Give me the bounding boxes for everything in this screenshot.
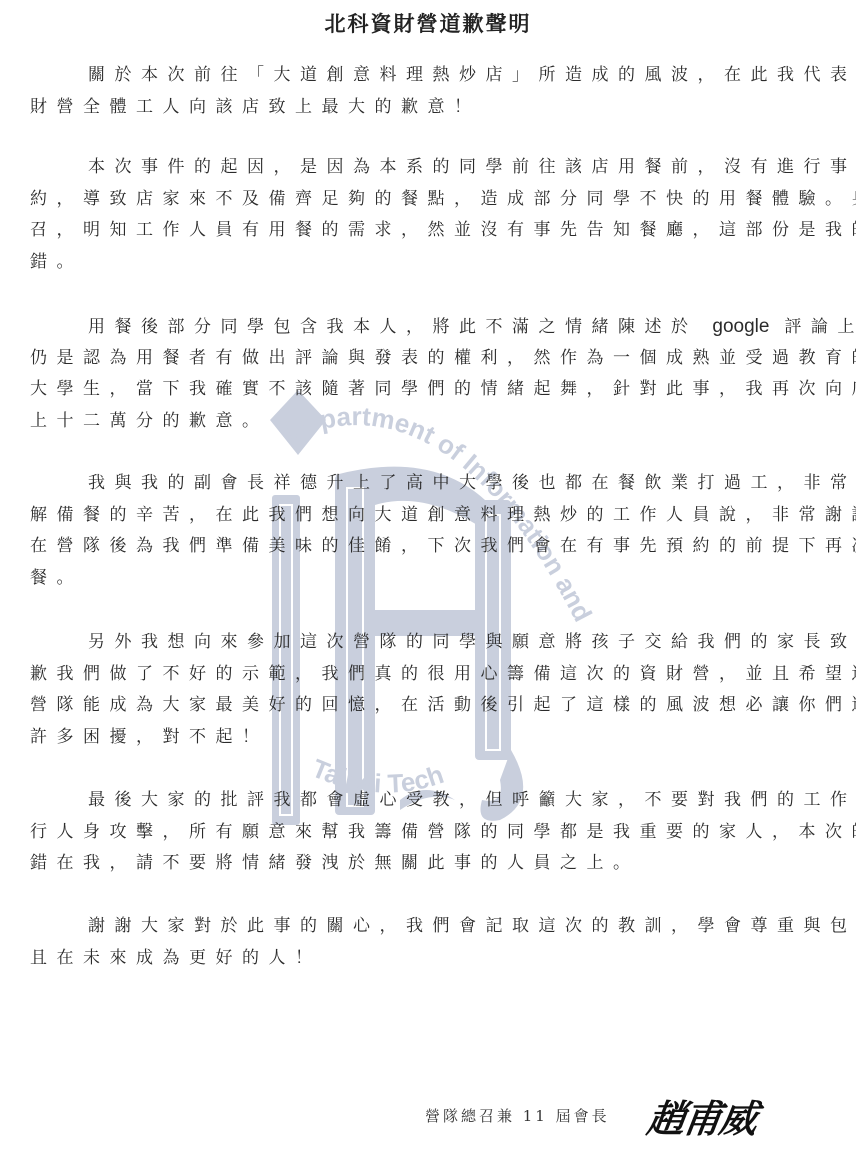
paragraph-line-text: 評論上，雖我 <box>784 317 856 337</box>
paragraph-line: 歉我們做了不好的示範，我們真的很用心籌備這次的資財營，並且希望這次的 <box>30 659 790 691</box>
paragraph-line: 謝謝大家對於此事的關心，我們會記取這次的教訓，學會尊重與包容，並 <box>30 911 790 943</box>
paragraph-line: 錯在我，請不要將情緒發洩於無關此事的人員之上。 <box>30 848 790 880</box>
paragraph-line: 關於本次前往「大道創意料理熱炒店」所造成的風波，在此我代表北科資 <box>30 60 790 92</box>
google-word: google <box>712 316 769 337</box>
paragraph-line-with-google: 用餐後部分同學包含我本人，將此不滿之情緒陳述於 google 評論上，雖我 <box>30 311 790 343</box>
paragraph-5: 另外我想向來參加這次營隊的同學與願意將孩子交給我們的家長致歉，抱 歉我們做了不好… <box>30 627 790 753</box>
signer-role: 營隊總召兼 11 屆會長 <box>425 1105 610 1126</box>
paragraph-line: 另外我想向來參加這次營隊的同學與願意將孩子交給我們的家長致歉，抱 <box>30 627 790 659</box>
paragraph-line: 最後大家的批評我都會虛心受教，但呼籲大家，不要對我們的工作人員進 <box>30 785 790 817</box>
paragraph-line: 錯。 <box>30 247 790 279</box>
paragraph-6: 最後大家的批評我都會虛心受教，但呼籲大家，不要對我們的工作人員進 行人身攻擊，所… <box>30 785 790 880</box>
paragraph-line: 我與我的副會長祥德升上了高中大學後也都在餐飲業打過工，非常能夠了 <box>30 468 790 500</box>
paragraph-1: 關於本次前往「大道創意料理熱炒店」所造成的風波，在此我代表北科資 財營全體工人向… <box>30 60 790 123</box>
paragraph-line: 營隊能成為大家最美好的回憶，在活動後引起了這樣的風波想必讓你們遭遇了 <box>30 690 790 722</box>
paragraph-line: 行人身攻擊，所有願意來幫我籌備營隊的同學都是我重要的家人，本次的事件 <box>30 817 790 849</box>
paragraph-7: 謝謝大家對於此事的關心，我們會記取這次的教訓，學會尊重與包容，並 且在未來成為更… <box>30 911 790 974</box>
paragraph-line: 約，導致店家來不及備齊足夠的餐點，造成部分同學不快的用餐體驗。身為總 <box>30 184 790 216</box>
paragraph-3: 用餐後部分同學包含我本人，將此不滿之情緒陳述於 google 評論上，雖我 仍是… <box>30 311 790 437</box>
paragraph-line: 財營全體工人向該店致上最大的歉意！ <box>30 92 790 124</box>
paragraph-line: 召，明知工作人員有用餐的需求，然並沒有事先告知餐廳，這部份是我的過 <box>30 215 790 247</box>
paragraph-line: 仍是認為用餐者有做出評論與發表的權利，然作為一個成熟並受過教育的北科 <box>30 343 790 375</box>
paragraph-line: 在營隊後為我們準備美味的佳餚，下次我們會在有事先預約的前提下再次去用 <box>30 531 790 563</box>
paragraph-line: 本次事件的起因，是因為本系的同學前往該店用餐前，沒有進行事先預 <box>30 152 790 184</box>
paragraph-line: 大學生，當下我確實不該隨著同學們的情緒起舞，針對此事，我再次向店家致 <box>30 374 790 406</box>
paragraph-line-text: 用餐後部分同學包含我本人，將此不滿之情緒陳述於 <box>88 317 698 337</box>
paragraph-line: 且在未來成為更好的人！ <box>30 943 790 975</box>
paragraph-line: 餐。 <box>30 563 790 595</box>
paragraph-line: 上十二萬分的歉意。 <box>30 406 790 438</box>
paragraph-2: 本次事件的起因，是因為本系的同學前往該店用餐前，沒有進行事先預 約，導致店家來不… <box>30 152 790 278</box>
paragraph-line: 解備餐的辛苦，在此我們想向大道創意料理熱炒的工作人員說，非常謝謝你們 <box>30 500 790 532</box>
paragraph-4: 我與我的副會長祥德升上了高中大學後也都在餐飲業打過工，非常能夠了 解備餐的辛苦，… <box>30 468 790 594</box>
handwritten-signature: 趙甫威 <box>644 1088 760 1143</box>
paragraph-line: 許多困擾，對不起！ <box>30 722 790 754</box>
department-logo-watermark: Department of Information and Finance Ma… <box>250 380 610 850</box>
signature-block: 營隊總召兼 11 屆會長 趙甫威 <box>425 1088 756 1143</box>
document-title: 北科資財營道歉聲明 <box>0 8 856 38</box>
